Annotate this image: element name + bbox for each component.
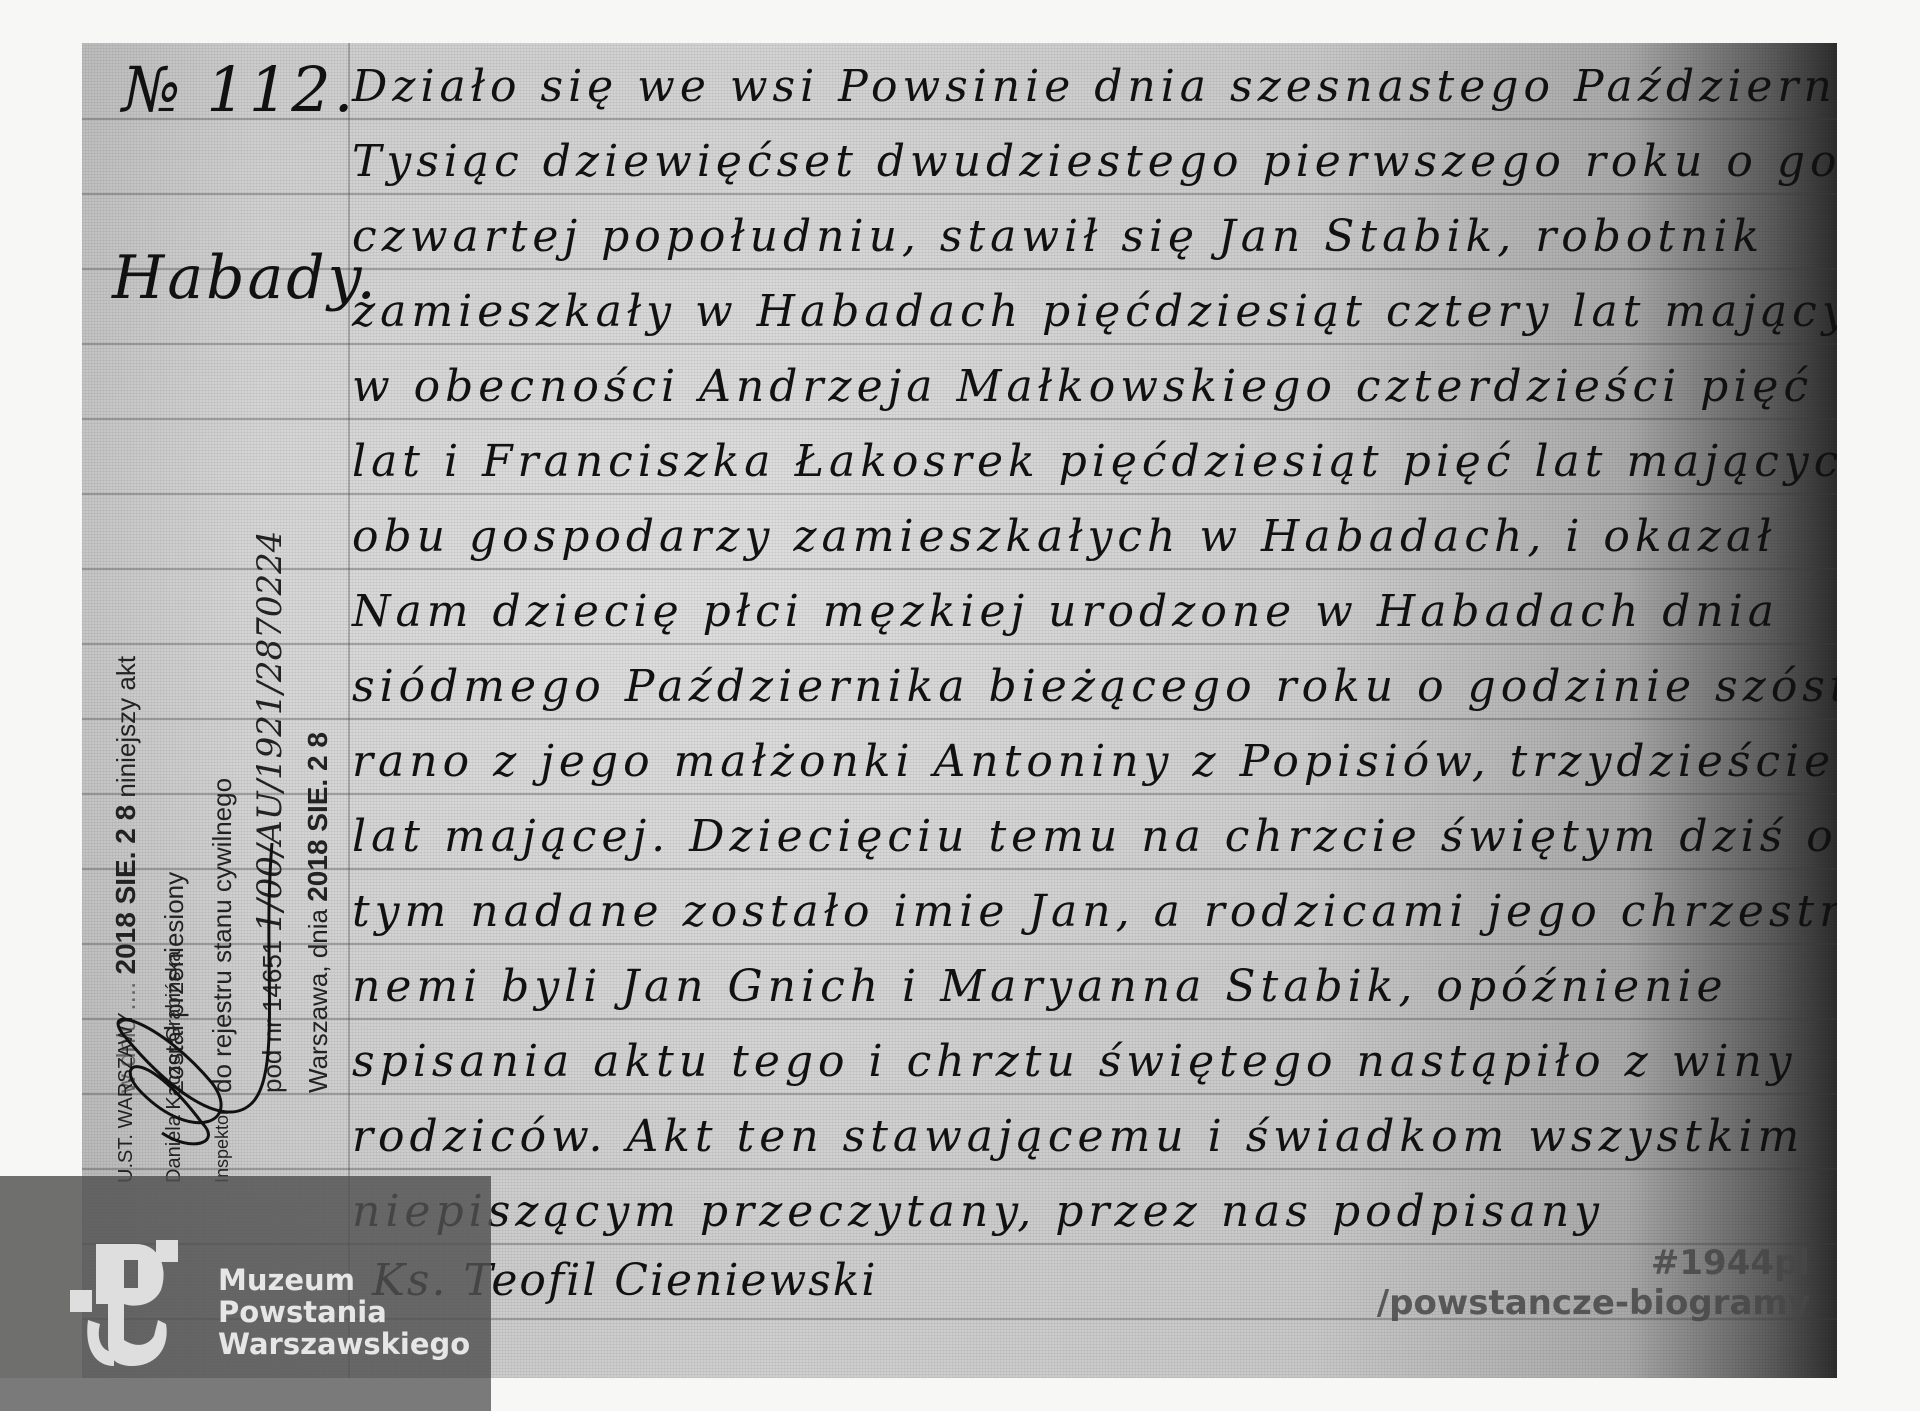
record-line: Nam dziecię płci męzkiej urodzone w Haba… <box>352 586 1779 637</box>
watermark-path: /powstancze-biogramy <box>1377 1283 1810 1323</box>
ruled-line <box>82 718 1837 720</box>
record-line: nemi byli Jan Gnich i Maryanna Stabik, o… <box>352 961 1728 1012</box>
record-line: niepiszącym przeczytany, przez nas podpi… <box>352 1186 1604 1237</box>
ruled-line <box>82 568 1837 570</box>
kotwica-logo-icon <box>66 1240 186 1370</box>
ruled-line <box>82 943 1837 945</box>
record-line: rodziców. Akt ten stawającemu i świadkom… <box>352 1111 1804 1162</box>
museum-logo-overlay: Muzeum Powstania Warszawskiego <box>0 1176 491 1411</box>
record-line: rano z jego małżonki Antoniny z Popisiów… <box>352 736 1835 787</box>
official-signature-icon <box>102 843 302 1173</box>
record-line: zamieszkały w Habadach pięćdziesiąt czte… <box>352 286 1837 337</box>
ruled-line <box>82 643 1837 645</box>
record-line: tym nadane zostało imie Jan, a rodzicami… <box>352 886 1837 937</box>
ruled-line <box>82 1018 1837 1020</box>
ruled-line <box>82 793 1837 795</box>
ruled-line <box>82 1093 1837 1095</box>
record-line: Działo się we wsi Powsinie dnia szesnast… <box>352 61 1837 112</box>
ruled-line <box>82 868 1837 870</box>
record-line: lat mającej. Dziecięciu temu na chrzcie … <box>352 811 1837 862</box>
ruled-line <box>82 493 1837 495</box>
watermark-hashtag: #1944pl <box>1377 1243 1810 1283</box>
record-line: w obecności Andrzeja Małkowskiego czterd… <box>352 361 1813 412</box>
logo-footer-band <box>0 1378 491 1411</box>
ruled-line <box>82 343 1837 345</box>
museum-name: Muzeum Powstania Warszawskiego <box>218 1264 470 1360</box>
record-line: obu gospodarzy zamieszkałych w Habadach,… <box>352 511 1776 562</box>
ruled-line <box>82 193 1837 195</box>
ruled-line <box>82 418 1837 420</box>
stamp-date: 2018 SIE. 2 8 <box>302 732 333 902</box>
record-line: Tysiąc dziewięćset dwudziestego pierwsze… <box>352 136 1837 187</box>
watermark: #1944pl /powstancze-biogramy <box>1377 1243 1810 1323</box>
ruled-line <box>82 1168 1837 1170</box>
record-line: siódmego Października bieżącego roku o g… <box>352 661 1837 712</box>
record-line: spisania aktu tego i chrztu świętego nas… <box>352 1036 1797 1087</box>
record-line: czwartej popołudniu, stawił się Jan Stab… <box>352 211 1764 262</box>
record-line: lat i Franciszka Łakosrek pięćdziesiąt p… <box>352 436 1837 487</box>
